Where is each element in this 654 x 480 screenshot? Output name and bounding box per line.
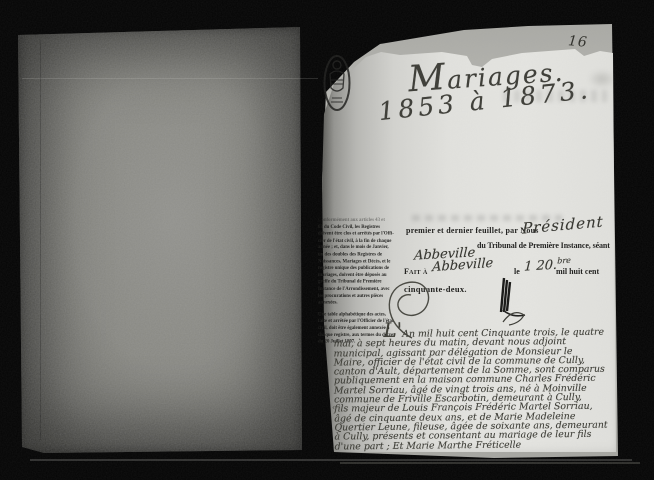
notice-line: Conformément aux articles 43 et <box>318 217 406 224</box>
certification-line-1: premier et dernier feuillet, par Nous <box>406 226 539 235</box>
notice-line: année ; et, dans le mois de Janvier, <box>318 245 406 252</box>
certification-line-2: du Tribunal de Première Instance, séant <box>477 241 610 250</box>
marriage-act-text: L'An mil huit cent Cinquante trois, le q… <box>333 324 620 452</box>
ink-bleed-ghost <box>503 90 607 102</box>
page-crease <box>22 78 318 79</box>
notice-line: un des doubles des Registres de <box>318 251 406 258</box>
folio-number: 16 <box>567 33 588 51</box>
register-scan: Mariages. 1853 à 1873. 16 Conformément a… <box>0 0 654 480</box>
le-label: le <box>514 267 520 276</box>
notice-line: cier de l'état civil, à la fin de chaque <box>318 238 406 245</box>
date-main: 1 20. <box>524 258 558 275</box>
notice-line: doivent être clos et arrêtés par l'Offi- <box>318 231 406 238</box>
date-superscript: bre <box>557 256 571 266</box>
margin-check-mark: ‹ <box>346 386 349 395</box>
ink-smudge <box>588 70 616 88</box>
margin-check-mark: ‹ <box>332 403 335 412</box>
left-blank-page <box>18 27 302 453</box>
official-seal-icon <box>322 54 352 112</box>
scan-edge-line <box>30 459 632 461</box>
notice-line: Naissances, Mariages et Décès, et le <box>318 258 406 265</box>
scan-edge-shadow <box>340 462 640 464</box>
notice-line: 63 du Code Civil, les Registres <box>318 224 406 231</box>
notice-line: registre unique des publications de <box>318 265 406 272</box>
page-fold-line <box>40 40 41 440</box>
fait-a-label: Fait à <box>404 267 428 276</box>
mil-huit-cent-label: mil huit cent <box>556 267 599 276</box>
